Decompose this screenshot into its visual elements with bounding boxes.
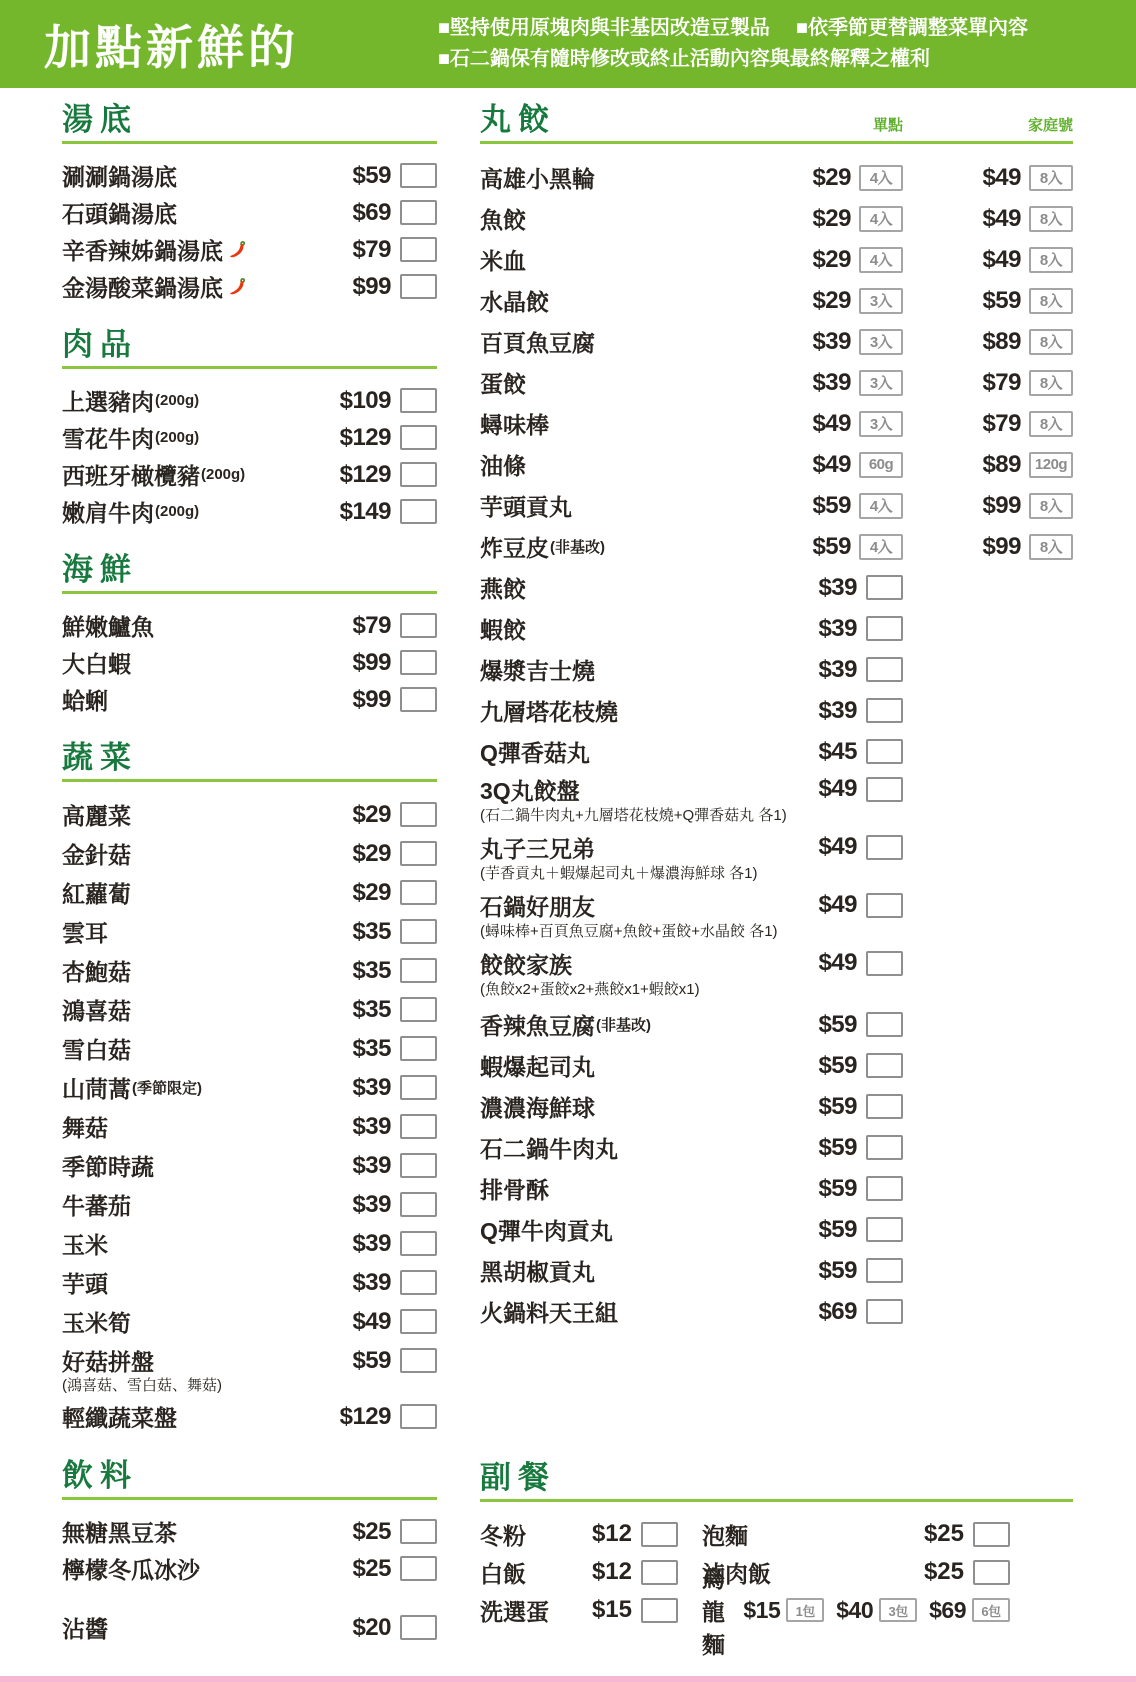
quantity-box[interactable]	[400, 841, 437, 866]
item-price: $29	[812, 205, 851, 233]
item-name: 檸檬冬瓜冰沙	[62, 1552, 311, 1585]
quantity-box[interactable]	[866, 1176, 903, 1201]
menu-item-row: 芋頭$39	[62, 1263, 437, 1302]
quantity-box[interactable]	[400, 1348, 437, 1373]
quantity-box[interactable]	[866, 575, 903, 600]
item-name: 芋頭貢丸	[480, 489, 775, 522]
item-suffix: (非基改)	[596, 1014, 651, 1035]
noodle-price-group: $696包	[929, 1597, 1010, 1624]
quantity-box[interactable]	[400, 687, 437, 712]
item-name: 餃餃家族	[480, 947, 775, 980]
quantity-box[interactable]	[400, 997, 437, 1022]
menu-item-row: 雪白菇$35	[62, 1029, 437, 1068]
family-size-price-group: $898入	[945, 328, 1073, 356]
menu-item-row: 檸檬冬瓜冰沙$25	[62, 1550, 437, 1587]
family-size-price-group: $498入	[945, 246, 1073, 274]
item-name: 蝦爆起司丸	[480, 1049, 775, 1082]
menu-item-row: 牛蕃茄$39	[62, 1185, 437, 1224]
menu-item-row: 舞菇$39	[62, 1107, 437, 1146]
quantity-box[interactable]	[866, 835, 903, 860]
item-price: $39	[311, 1191, 391, 1219]
item-name: 3Q丸餃盤	[480, 773, 775, 806]
item-name: 冬粉	[480, 1518, 580, 1551]
quantity-box[interactable]	[973, 1522, 1010, 1547]
item-name: 洗選蛋	[480, 1594, 580, 1627]
item-suffix: (200g)	[155, 392, 199, 409]
menu-item-row: 高麗菜$29	[62, 795, 437, 834]
item-name: 紅蘿蔔	[62, 876, 311, 909]
quantity-box[interactable]	[400, 237, 437, 262]
item-name: 玉米筍	[62, 1305, 311, 1338]
menu-item-row: 上選豬肉(200g)$109	[62, 382, 437, 419]
item-name: 雪白菇	[62, 1032, 311, 1065]
menu-item-row: 涮涮鍋湯底$59	[62, 157, 437, 194]
quantity-box[interactable]	[400, 274, 437, 299]
quantity-box[interactable]	[866, 893, 903, 918]
header-notes: ■堅持使用原塊肉與非基因改造豆製品 ■依季節更替調整菜單內容 ■石二鍋保有隨時修…	[438, 13, 1028, 75]
item-price: $59	[818, 1011, 857, 1039]
section-header: 丸餃 單點 家庭號	[480, 102, 1073, 144]
menu-item-row: 季節時蔬$39	[62, 1146, 437, 1185]
menu-item-row: 蛋餃$393入$798入	[480, 362, 1073, 403]
item-price: $59	[818, 1093, 857, 1121]
item-price: $59	[818, 1052, 857, 1080]
price-group: $59	[775, 1093, 903, 1121]
item-price: $79	[982, 369, 1021, 397]
quantity-box[interactable]	[400, 1270, 437, 1295]
family-size-price-group: $498入	[945, 164, 1073, 192]
item-price: $25	[311, 1555, 391, 1583]
item-price: $15	[743, 1597, 780, 1624]
quantity-badge: 8入	[1029, 288, 1073, 314]
item-name: 上選豬肉(200g)	[62, 384, 311, 417]
header-banner: 加點新鮮的 ■堅持使用原塊肉與非基因改造豆製品 ■依季節更替調整菜單內容 ■石二…	[0, 0, 1136, 88]
item-name: 蛤蜊	[62, 683, 311, 716]
noodle-price-group: $403包	[836, 1597, 917, 1624]
item-name: 蛋餃	[480, 366, 775, 399]
menu-item-row: 鮮嫩鱸魚$79	[62, 607, 437, 644]
item-name: 濃濃海鮮球	[480, 1090, 775, 1123]
item-price: $99	[982, 533, 1021, 561]
item-price: $79	[311, 236, 391, 264]
quantity-badge: 60g	[859, 452, 903, 478]
menu-item-row: 濃濃海鮮球$59	[480, 1086, 1073, 1127]
item-note: (芋香貢丸＋蝦爆起司丸＋爆濃海鮮球 各1)	[480, 864, 1073, 883]
item-name: 無糖黑豆茶	[62, 1515, 311, 1548]
item-price: $35	[311, 996, 391, 1024]
menu-item-row: 白飯$12 滷肉飯$25	[480, 1553, 1010, 1591]
item-price: $89	[982, 328, 1021, 356]
menu-item-row: 無糖黑豆茶$25	[62, 1513, 437, 1550]
quantity-box[interactable]	[400, 462, 437, 487]
quantity-box[interactable]	[400, 1309, 437, 1334]
single-order-price-group: $294入	[775, 164, 903, 192]
quantity-badge: 3入	[859, 370, 903, 396]
quantity-box[interactable]	[400, 1153, 437, 1178]
item-name: 高雄小黑輪	[480, 161, 775, 194]
noodle-price-group: $151包	[743, 1597, 824, 1624]
quantity-badge: 6包	[972, 1598, 1010, 1622]
quantity-badge: 8入	[1029, 329, 1073, 355]
quantity-badge: 8入	[1029, 411, 1073, 437]
quantity-box[interactable]	[866, 1299, 903, 1324]
menu-item-row: 百頁魚豆腐$393入$898入	[480, 321, 1073, 362]
menu-item-row: 丸子三兄弟$49	[480, 830, 1073, 864]
item-price: $29	[812, 164, 851, 192]
menu-item-row: 餃餃家族$49	[480, 946, 1073, 980]
quantity-box[interactable]	[400, 958, 437, 983]
quantity-box[interactable]	[400, 1404, 437, 1429]
quantity-box[interactable]	[400, 1615, 437, 1640]
item-suffix: (季節限定)	[132, 1077, 202, 1098]
menu-item-row: 炸豆皮(非基改)$594入$998入	[480, 526, 1073, 567]
item-price: $69	[311, 199, 391, 227]
quantity-box[interactable]	[641, 1522, 678, 1547]
item-price: $39	[311, 1074, 391, 1102]
quantity-badge: 3入	[859, 288, 903, 314]
quantity-box[interactable]	[400, 1231, 437, 1256]
quantity-badge: 3入	[859, 411, 903, 437]
item-name: 炸豆皮(非基改)	[480, 530, 775, 563]
family-size-price-group: $998入	[945, 492, 1073, 520]
section-meat: 肉品 上選豬肉(200g)$109 雪花牛肉(200g)$129 西班牙橄欖豬(…	[62, 327, 437, 530]
item-name: 魚餃	[480, 202, 775, 235]
section-balls-dumplings: 丸餃 單點 家庭號 高雄小黑輪$294入$498入 魚餃$294入$498入 米…	[480, 102, 1073, 1332]
item-price: $39	[818, 574, 857, 602]
section-header: 副餐	[480, 1460, 1073, 1502]
single-order-price-group: $4960g	[775, 451, 903, 479]
section-vegetables: 蔬菜 高麗菜$29 金針菇$29 紅蘿蔔$29 雲耳$35 杏鮑菇$35 鴻喜菇…	[62, 740, 437, 1436]
item-name: 石鍋好朋友	[480, 889, 775, 922]
item-suffix: (200g)	[155, 429, 199, 446]
quantity-box[interactable]	[866, 777, 903, 802]
item-name: 鴻喜菇	[62, 993, 311, 1026]
item-price: $129	[311, 461, 391, 489]
item-price: $129	[311, 424, 391, 452]
item-name: 鮮嫩鱸魚	[62, 609, 311, 642]
section-underline	[62, 141, 437, 144]
quantity-box[interactable]	[400, 200, 437, 225]
quantity-box[interactable]	[641, 1598, 678, 1623]
item-name: 好菇拼盤	[62, 1344, 311, 1377]
section-title: 丸餃	[480, 102, 1073, 137]
menu-item-row: 魚餃$294入$498入	[480, 198, 1073, 239]
item-suffix: (200g)	[201, 466, 245, 483]
item-name: 高麗菜	[62, 798, 311, 831]
price-group: $49	[775, 775, 903, 803]
quantity-box[interactable]	[866, 698, 903, 723]
menu-item-row: 排骨酥$59	[480, 1168, 1073, 1209]
item-name: 石二鍋牛肉丸	[480, 1131, 775, 1164]
item-price: $89	[982, 451, 1021, 479]
section-header: 飲料	[62, 1458, 437, 1500]
menu-item-row: 米血$294入$498入	[480, 239, 1073, 280]
item-name: Q彈牛肉貢丸	[480, 1213, 775, 1246]
item-price: $39	[812, 328, 851, 356]
item-name: 辛香辣姊鍋湯底	[62, 233, 311, 266]
menu-item-row: 3Q丸餃盤$49	[480, 772, 1073, 806]
section-header: 蔬菜	[62, 740, 437, 782]
menu-item-row: 好菇拼盤$59	[62, 1341, 437, 1380]
menu-item-row: 九層塔花枝燒$39	[480, 690, 1073, 731]
section-title: 海鮮	[62, 552, 437, 587]
menu-item-row: 爆漿吉士燒$39	[480, 649, 1073, 690]
item-price: $49	[311, 1308, 391, 1336]
single-order-price-group: $293入	[775, 287, 903, 315]
menu-item-row: 山茼蒿(季節限定)$39	[62, 1068, 437, 1107]
section-underline	[62, 779, 437, 782]
item-note: (魚餃x2+蛋餃x2+燕餃x1+蝦餃x1)	[480, 980, 1073, 999]
item-price: $12	[580, 1558, 632, 1586]
item-price: $39	[818, 615, 857, 643]
item-price: $59	[982, 287, 1021, 315]
item-price: $25	[912, 1520, 964, 1548]
quantity-box[interactable]	[400, 1036, 437, 1061]
item-price: $29	[812, 287, 851, 315]
menu-item-group: 丸子三兄弟$49 (芋香貢丸＋蝦爆起司丸＋爆濃海鮮球 各1)	[480, 830, 1073, 883]
family-size-price-group: $798入	[945, 410, 1073, 438]
item-name: 金湯酸菜鍋湯底	[62, 270, 311, 303]
item-name: 白飯	[480, 1556, 580, 1589]
quantity-badge: 4入	[859, 534, 903, 560]
price-group: $59	[775, 1052, 903, 1080]
section-title: 肉品	[62, 327, 437, 362]
item-name: 蝦餃	[480, 612, 775, 645]
quantity-box[interactable]	[400, 388, 437, 413]
item-price: $99	[311, 686, 391, 714]
item-price: $49	[982, 205, 1021, 233]
price-group: $39	[775, 574, 903, 602]
quantity-box[interactable]	[400, 880, 437, 905]
menu-item-row: 黑胡椒貢丸$59	[480, 1250, 1073, 1291]
single-order-price-group: $294入	[775, 246, 903, 274]
quantity-box[interactable]	[866, 657, 903, 682]
quantity-box[interactable]	[400, 1519, 437, 1544]
menu-item-row: 蝦餃$39	[480, 608, 1073, 649]
quantity-box[interactable]	[866, 1053, 903, 1078]
item-name: 涮涮鍋湯底	[62, 159, 311, 192]
item-price: $35	[311, 918, 391, 946]
quantity-box[interactable]	[400, 1075, 437, 1100]
quantity-box[interactable]	[973, 1560, 1010, 1585]
header-note-3: ■石二鍋保有隨時修改或終止活動內容與最終解釋之權利	[438, 44, 1028, 75]
quantity-badge: 3包	[879, 1598, 917, 1622]
menu-item-group: 好菇拼盤$59 (鴻喜菇、雪白菇、舞菇)	[62, 1341, 437, 1395]
family-size-price-group: $998入	[945, 533, 1073, 561]
item-price: $59	[818, 1175, 857, 1203]
quantity-box[interactable]	[400, 919, 437, 944]
section-title: 副餐	[480, 1460, 1073, 1495]
menu-item-row: 石鍋好朋友$49	[480, 888, 1073, 922]
page-bottom-pink-strip	[0, 1676, 1136, 1682]
item-price: $99	[982, 492, 1021, 520]
quantity-badge: 4入	[859, 493, 903, 519]
price-group: $59	[775, 1175, 903, 1203]
section-underline	[62, 1497, 437, 1500]
item-price: $129	[311, 1403, 391, 1431]
family-size-price-group: $598入	[945, 287, 1073, 315]
price-group: $49	[775, 833, 903, 861]
quantity-box[interactable]	[866, 1094, 903, 1119]
menu-item-row: 辛香辣姊鍋湯底$79	[62, 231, 437, 268]
item-name: 香辣魚豆腐(非基改)	[480, 1008, 775, 1041]
quantity-box[interactable]	[866, 616, 903, 641]
item-price: $59	[311, 162, 391, 190]
item-name: 黑胡椒貢丸	[480, 1254, 775, 1287]
item-name: 百頁魚豆腐	[480, 325, 775, 358]
item-note: (石二鍋牛肉丸+九層塔花枝燒+Q彈香菇丸 各1)	[480, 806, 1073, 825]
quantity-box[interactable]	[866, 1258, 903, 1283]
item-price: $12	[580, 1520, 632, 1548]
item-price: $49	[818, 833, 857, 861]
item-name: 丸子三兄弟	[480, 831, 775, 864]
item-name: 水晶餃	[480, 284, 775, 317]
item-name: 芋頭	[62, 1266, 311, 1299]
item-price: $69	[929, 1597, 966, 1624]
single-order-price-group: $393入	[775, 369, 903, 397]
item-price: $49	[818, 775, 857, 803]
menu-item-row: 燕餃$39	[480, 567, 1073, 608]
item-price: $39	[311, 1269, 391, 1297]
item-name: 輕纖蔬菜盤	[62, 1400, 311, 1433]
quantity-badge: 120g	[1029, 452, 1073, 478]
menu-item-row: 杏鮑菇$35	[62, 951, 437, 990]
item-name: 大白蝦	[62, 646, 311, 679]
item-price: $29	[311, 840, 391, 868]
section-underline	[62, 591, 437, 594]
quantity-box[interactable]	[400, 1192, 437, 1217]
item-price: $49	[818, 949, 857, 977]
item-name: 泡麵	[702, 1518, 912, 1551]
item-price: $59	[818, 1134, 857, 1162]
menu-item-row: 金湯酸菜鍋湯底$99	[62, 268, 437, 305]
item-name: 舞菇	[62, 1110, 311, 1143]
quantity-box[interactable]	[400, 613, 437, 638]
item-price: $25	[912, 1558, 964, 1586]
menu-item-row-sauce: 沾醬$20	[62, 1609, 437, 1646]
menu-item-row: 香辣魚豆腐(非基改)$59	[480, 1004, 1073, 1045]
quantity-badge: 8入	[1029, 534, 1073, 560]
quantity-box[interactable]	[866, 1135, 903, 1160]
item-name: 滷肉飯	[702, 1556, 912, 1589]
price-group: $59	[775, 1134, 903, 1162]
item-price: $59	[812, 492, 851, 520]
item-price: $39	[311, 1230, 391, 1258]
item-name: Q彈香菇丸	[480, 735, 775, 768]
item-suffix: (200g)	[155, 503, 199, 520]
item-price: $40	[836, 1597, 873, 1624]
single-order-price-group: $594入	[775, 533, 903, 561]
menu-item-row: 冬粉$12 泡麵$25	[480, 1515, 1010, 1553]
item-price: $59	[818, 1216, 857, 1244]
quantity-badge: 4入	[859, 247, 903, 273]
item-price: $45	[818, 738, 857, 766]
quantity-box[interactable]	[400, 163, 437, 188]
menu-item-row: 西班牙橄欖豬(200g)$129	[62, 456, 437, 493]
item-price: $79	[311, 612, 391, 640]
quantity-box[interactable]	[641, 1560, 678, 1585]
menu-item-row: 洗選蛋$15 烏龍麵 $151包 $403包 $696包	[480, 1591, 1010, 1629]
item-price: $20	[311, 1614, 391, 1642]
item-price: $39	[812, 369, 851, 397]
menu-content: 湯底 涮涮鍋湯底$59 石頭鍋湯底$69 辛香辣姊鍋湯底$79 金湯酸菜鍋湯底$…	[0, 88, 1136, 1651]
section-header: 湯底	[62, 102, 437, 144]
item-name: 火鍋料天王組	[480, 1295, 775, 1328]
item-price: $69	[818, 1298, 857, 1326]
item-price: $29	[812, 246, 851, 274]
header-note-line1: ■堅持使用原塊肉與非基因改造豆製品 ■依季節更替調整菜單內容	[438, 13, 1028, 44]
item-price: $39	[311, 1113, 391, 1141]
price-group: $69	[775, 1298, 903, 1326]
item-price: $49	[812, 410, 851, 438]
item-price: $49	[982, 164, 1021, 192]
item-price: $99	[311, 649, 391, 677]
menu-item-row: 水晶餃$293入$598入	[480, 280, 1073, 321]
menu-item-row: Q彈香菇丸$45	[480, 731, 1073, 772]
price-group: $59	[775, 1257, 903, 1285]
item-name: 烏龍麵	[702, 1561, 731, 1660]
quantity-badge: 8入	[1029, 206, 1073, 232]
menu-item-row: 嫩肩牛肉(200g)$149	[62, 493, 437, 530]
single-order-price-group: $294入	[775, 205, 903, 233]
item-name: 西班牙橄欖豬(200g)	[62, 458, 311, 491]
section-drinks: 飲料 無糖黑豆茶$25 檸檬冬瓜冰沙$25	[62, 1458, 437, 1587]
left-column: 湯底 涮涮鍋湯底$59 石頭鍋湯底$69 辛香辣姊鍋湯底$79 金湯酸菜鍋湯底$…	[62, 102, 437, 1646]
item-price: $59	[812, 533, 851, 561]
quantity-box[interactable]	[400, 1556, 437, 1581]
quantity-badge: 1包	[786, 1598, 824, 1622]
price-group: $49	[775, 891, 903, 919]
menu-item-row: 玉米筍$49	[62, 1302, 437, 1341]
item-note: (蟳味棒+百頁魚豆腐+魚餃+蛋餃+水晶餃 各1)	[480, 922, 1073, 941]
item-price: $49	[812, 451, 851, 479]
menu-item-row: 大白蝦$99	[62, 644, 437, 681]
family-size-price-group: $498入	[945, 205, 1073, 233]
menu-item-row: 金針菇$29	[62, 834, 437, 873]
quantity-box[interactable]	[866, 1217, 903, 1242]
section-title: 蔬菜	[62, 740, 437, 775]
single-order-price-group: $594入	[775, 492, 903, 520]
item-price: $25	[311, 1518, 391, 1546]
item-name: 雪花牛肉(200g)	[62, 421, 311, 454]
quantity-box[interactable]	[400, 650, 437, 675]
menu-item-row: Q彈牛肉貢丸$59	[480, 1209, 1073, 1250]
quantity-box[interactable]	[866, 739, 903, 764]
item-price: $39	[818, 656, 857, 684]
item-price: $39	[818, 697, 857, 725]
menu-item-row: 石頭鍋湯底$69	[62, 194, 437, 231]
quantity-box[interactable]	[866, 1012, 903, 1037]
quantity-box[interactable]	[400, 499, 437, 524]
quantity-badge: 8入	[1029, 165, 1073, 191]
quantity-box[interactable]	[400, 802, 437, 827]
item-price: $149	[311, 498, 391, 526]
menu-item-group: 石鍋好朋友$49 (蟳味棒+百頁魚豆腐+魚餃+蛋餃+水晶餃 各1)	[480, 888, 1073, 941]
section-soup: 湯底 涮涮鍋湯底$59 石頭鍋湯底$69 辛香辣姊鍋湯底$79 金湯酸菜鍋湯底$…	[62, 102, 437, 305]
quantity-box[interactable]	[400, 1114, 437, 1139]
menu-page: 加點新鮮的 ■堅持使用原塊肉與非基因改造豆製品 ■依季節更替調整菜單內容 ■石二…	[0, 0, 1136, 1682]
chili-icon	[228, 277, 247, 296]
vegetable-rows: 高麗菜$29 金針菇$29 紅蘿蔔$29 雲耳$35 杏鮑菇$35 鴻喜菇$35…	[62, 795, 437, 1436]
sides-rows: 冬粉$12 泡麵$25 白飯$12 滷肉飯$25 洗選蛋$15 烏龍麵 $151…	[480, 1515, 1010, 1629]
quantity-box[interactable]	[400, 425, 437, 450]
section-title: 湯底	[62, 102, 437, 137]
item-name: 蟳味棒	[480, 407, 775, 440]
price-group: $39	[775, 656, 903, 684]
item-price: $59	[818, 1257, 857, 1285]
header-note-2: ■依季節更替調整菜單內容	[796, 13, 1028, 44]
quantity-box[interactable]	[866, 951, 903, 976]
